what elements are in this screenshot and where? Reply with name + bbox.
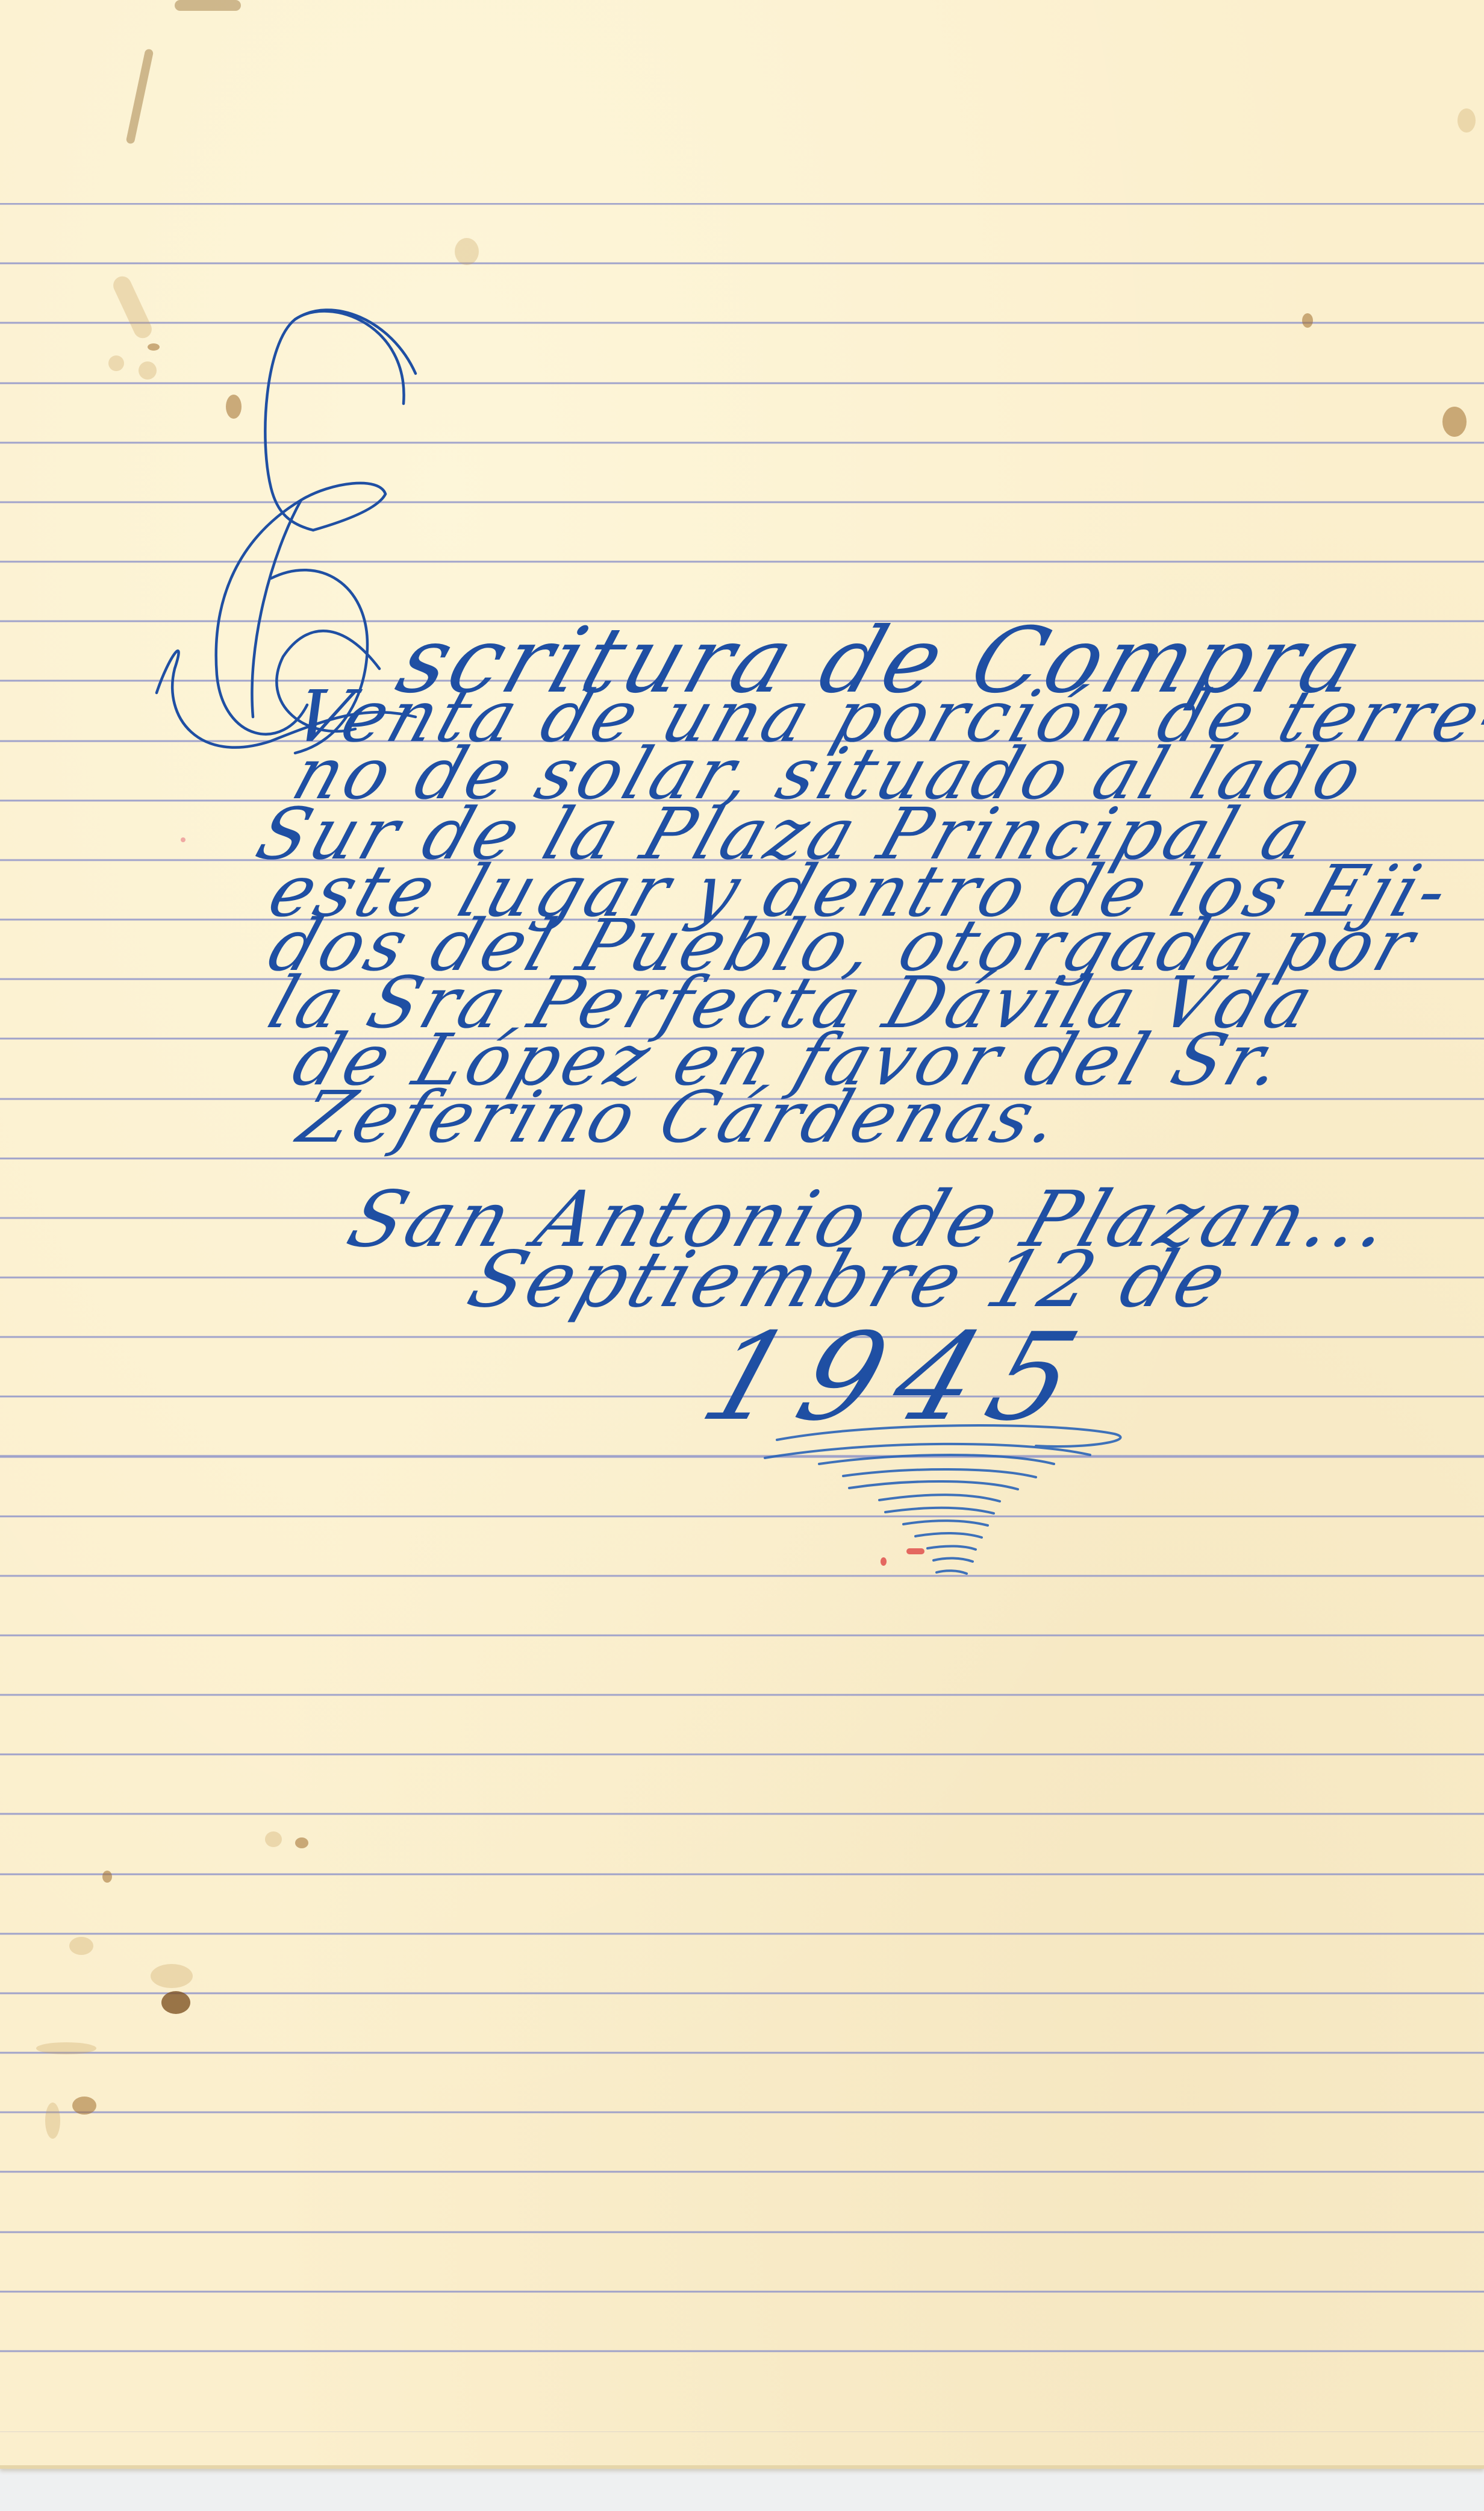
body-line-8: Zeferino Cárdenas. [289,1075,1074,1159]
stain [69,1937,93,1955]
stain [455,238,479,265]
ink-spot-red [181,837,185,842]
paper-sheet: scritura de Compra Venta de una porción … [0,0,1484,2469]
stain [161,1991,190,2014]
stain [1457,108,1476,133]
flourish-scribble [753,1422,1174,1603]
stain [1442,407,1467,437]
stain [265,1831,282,1847]
stain [45,2103,60,2139]
stain [151,1964,193,1988]
stain [175,0,241,11]
stain [72,2097,96,2115]
stain [108,355,124,371]
stain [102,1871,112,1883]
stain [36,2042,96,2054]
stain [295,1837,308,1848]
stain [1302,313,1313,328]
stain [126,48,154,144]
